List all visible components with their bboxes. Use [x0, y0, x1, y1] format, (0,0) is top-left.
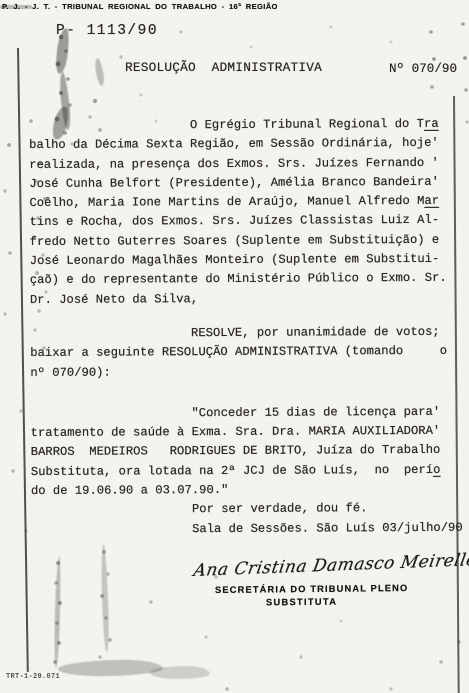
- hyphenation-underline: o: [433, 463, 440, 477]
- document-line: realizada, na presença dos Exmos. Srs. J…: [29, 153, 459, 175]
- document-line: O Egrégio Tribunal Regional do Tra: [29, 115, 459, 137]
- document-line: baixar a seguinte RESOLUÇÃO ADMINISTRATI…: [30, 342, 460, 364]
- document-title: RESOLUÇÃO ADMINISTRATIVA: [125, 60, 322, 75]
- hyphenation-underline: ra: [424, 117, 439, 131]
- hyphenation-underline: ar: [424, 194, 439, 208]
- document-body: O Egrégio Tribunal Regional do Trabalho …: [29, 115, 461, 540]
- document-line: José Cunha Belfort (Presidente), Amélia …: [29, 173, 459, 195]
- form-code: TRT-1-29.071: [6, 673, 60, 681]
- document-line: Dr. José Neto da Silva,: [30, 288, 460, 310]
- process-number: P- 1113/90: [56, 23, 158, 39]
- document-line: fredo Netto Guterres Soares (Suplente em…: [30, 231, 460, 253]
- paragraph: O Egrégio Tribunal Regional do Trabalho …: [29, 115, 460, 310]
- scanned-document-page: P. J. - J. T. - TRIBUNAL REGIONAL DO TRA…: [0, 0, 469, 693]
- scan-edge-line-left: [17, 48, 28, 672]
- paragraph: RESOLVE, por unanimidade de votos;baixar…: [30, 323, 460, 383]
- document-line: tratamento de saúde à Exma. Sra. Dra. MA…: [31, 422, 461, 444]
- paragraph: "Conceder 15 dias de licença para'tratam…: [31, 403, 461, 502]
- document-line: Por ser verdade, dou fé.: [31, 499, 461, 521]
- document-line: balho da Décima Sexta Região, em Sessão …: [29, 134, 459, 156]
- document-line: BARROS MEDEIROS RODRIGUES DE BRITO, Juíz…: [31, 441, 461, 463]
- document-line: "Conceder 15 dias de licença para': [31, 403, 461, 425]
- document-line: Substituta, ora lotada na 2ª JCJ de São …: [31, 460, 461, 482]
- document-line: Sala de Sessões. São Luís 03/julho/90: [31, 518, 461, 540]
- ink-smudge: [94, 58, 106, 87]
- document-line: Coêlho, Maria Ione Martins de Araújo, Ma…: [29, 192, 459, 214]
- signature-handwriting: Ana Cristina Damasco Meirelles: [192, 550, 469, 581]
- ink-smudge: [100, 544, 110, 652]
- ink-smudge: [150, 666, 210, 679]
- stamp-secretary-title: SECRETÁRIA DO TRIBUNAL PLENO: [215, 583, 408, 595]
- document-line: José Leonardo Magalhães Monteiro (Suplen…: [30, 250, 460, 272]
- ink-smudge: [54, 556, 62, 668]
- stamp-substitute-label: SUBSTITUTA: [266, 597, 337, 608]
- resolution-number: Nº 070/90: [389, 62, 457, 76]
- document-line: RESOLVE, por unanimidade de votos;: [30, 323, 460, 345]
- ink-smudge: [58, 659, 163, 677]
- document-line: do de 19.06.90 a 03.07.90.": [31, 480, 461, 502]
- court-letterhead: P. J. - J. T. - TRIBUNAL REGIONAL DO TRA…: [2, 2, 278, 11]
- document-line: tins e Rocha, dos Exmos. Srs. Juízes Cla…: [30, 211, 460, 233]
- document-line: nº 070/90):: [30, 361, 460, 383]
- paragraph: Por ser verdade, dou fé. Sala de Sessões…: [31, 499, 461, 540]
- document-line: çaõ) e do representante do Ministério Pú…: [30, 269, 460, 291]
